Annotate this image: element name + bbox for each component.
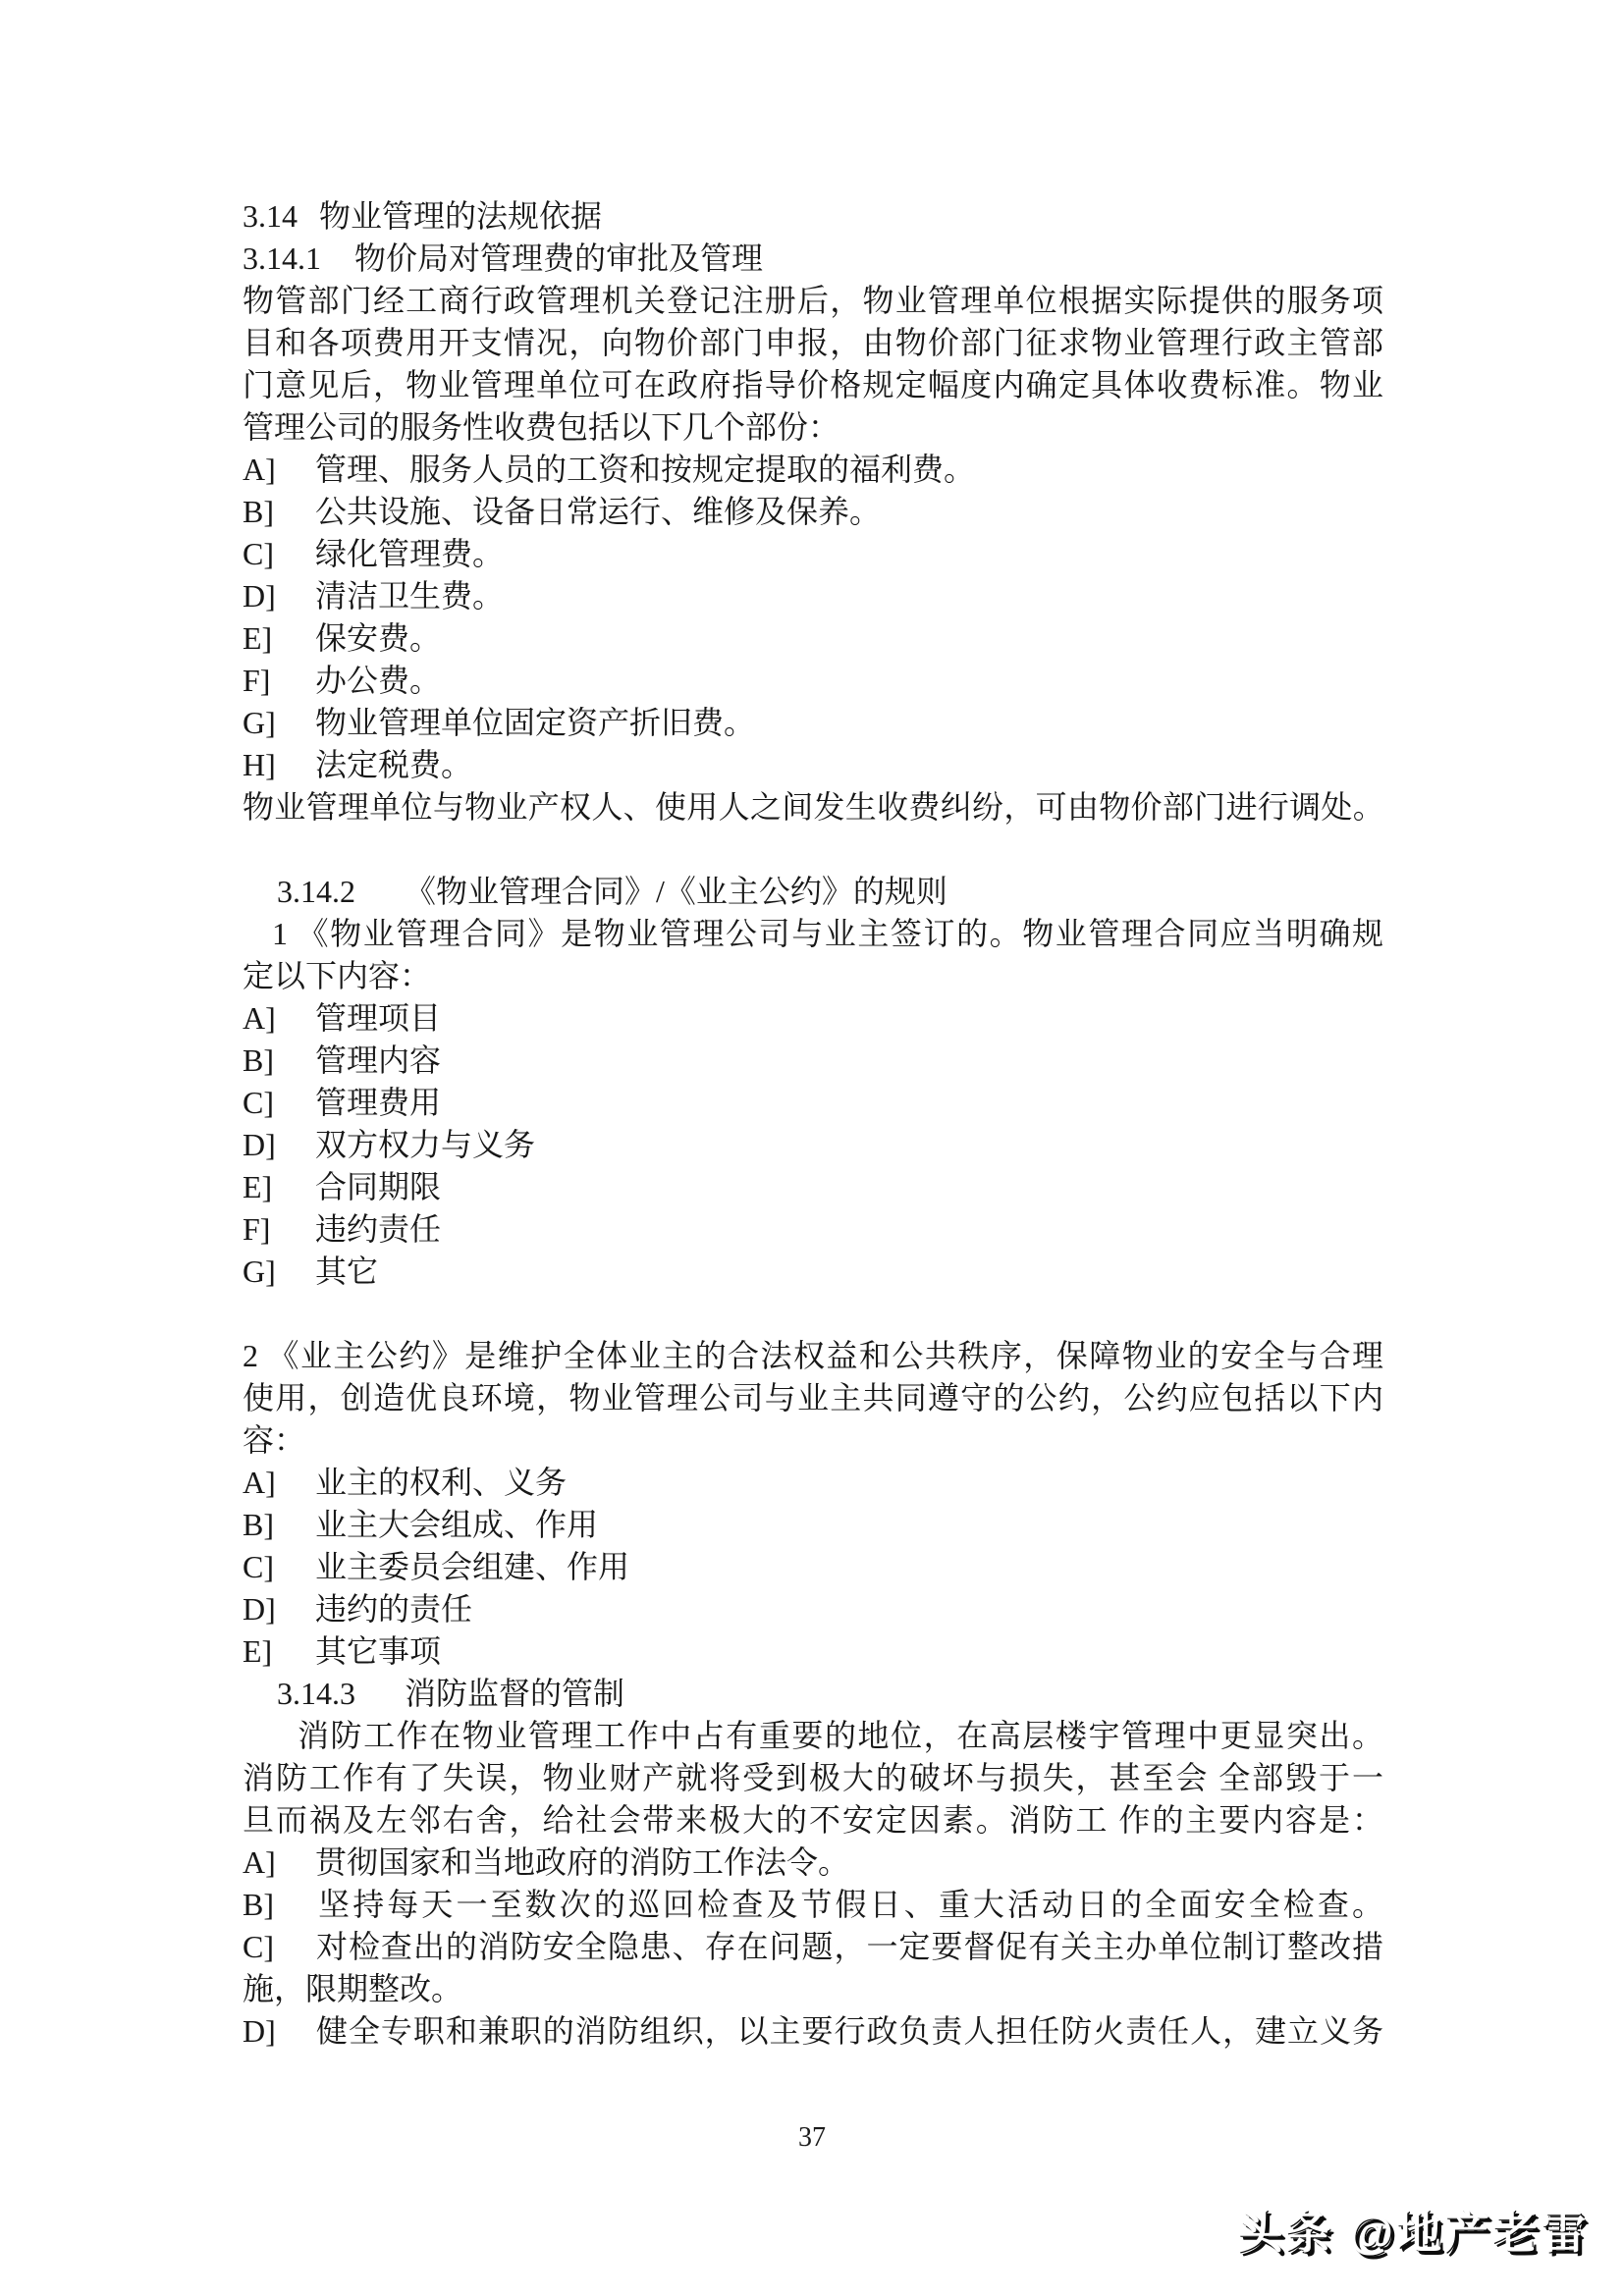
list-marker: A] xyxy=(243,997,315,1040)
list-item-B: B]坚持每天一至数次的巡回检查及节假日、重大活动日的全面安全检查。 xyxy=(243,1884,1383,1926)
list-marker: D] xyxy=(243,1124,315,1166)
list-item-text: 其它 xyxy=(315,1254,378,1289)
paragraph-line: 旦而祸及左邻右舍，给社会带来极大的不安定因素。消防工 作的主要内容是： xyxy=(243,1799,1383,1842)
document-page: 3.14物业管理的法规依据3.14.1物价局对管理费的审批及管理物管部门经工商行… xyxy=(0,0,1624,2296)
list-marker: F] xyxy=(243,1208,315,1251)
paragraph-line: 物管部门经工商行政管理机关登记注册后，物业管理单位根据实际提供的服务项 xyxy=(243,280,1383,322)
paragraph-line: 消防工作在物业管理工作中占有重要的地位，在高层楼宇管理中更显突出。 xyxy=(243,1715,1383,1757)
blank-line xyxy=(243,1293,1383,1335)
list-item-text: 管理内容 xyxy=(315,1042,441,1078)
list-item-A: A]管理项目 xyxy=(243,997,1383,1040)
list-marker: C] xyxy=(243,533,315,575)
paragraph-line: 消防工作有了失误，物业财产就将受到极大的破坏与损失，甚至会 全部毁于一 xyxy=(243,1757,1383,1799)
section-title: 《物业管理合同》/《业主公约》的规则 xyxy=(405,874,947,909)
document-content: 3.14物业管理的法规依据3.14.1物价局对管理费的审批及管理物管部门经工商行… xyxy=(243,195,1383,2053)
list-item-A: A]业主的权利、义务 xyxy=(243,1462,1383,1504)
page-number: 37 xyxy=(0,2120,1624,2156)
paragraph-line: 门意见后，物业管理单位可在政府指导价格规定幅度内确定具体收费标准。物业 xyxy=(243,364,1383,406)
list-marker: G] xyxy=(243,702,315,744)
list-item-text: 清洁卫生费。 xyxy=(315,578,504,614)
paragraph-line: 施，限期整改。 xyxy=(243,1968,1383,2010)
paragraph-line: 管理公司的服务性收费包括以下几个部份： xyxy=(243,406,1383,449)
list-marker: C] xyxy=(243,1926,315,1968)
list-marker: B] xyxy=(243,1504,315,1546)
section-title: 消防监督的管制 xyxy=(405,1676,624,1711)
section-title: 物价局对管理费的审批及管理 xyxy=(354,240,763,276)
list-marker: A] xyxy=(243,1842,315,1884)
list-item-text: 对检查出的消防安全隐患、存在问题，一定要督促有关主办单位制订整改措 xyxy=(315,1929,1383,1964)
list-item-text: 保安费。 xyxy=(315,620,441,656)
list-marker: B] xyxy=(243,1040,315,1082)
list-marker: C] xyxy=(243,1546,315,1588)
list-item-text: 物业管理单位固定资产折旧费。 xyxy=(315,705,755,740)
list-item-F: F]违约责任 xyxy=(243,1208,1383,1251)
paragraph-line: 定以下内容： xyxy=(243,955,1383,997)
list-item-G: G]物业管理单位固定资产折旧费。 xyxy=(243,702,1383,744)
list-item-B: B]业主大会组成、作用 xyxy=(243,1504,1383,1546)
list-item-G: G]其它 xyxy=(243,1251,1383,1293)
list-marker: H] xyxy=(243,744,315,786)
list-item-text: 坚持每天一至数次的巡回检查及节假日、重大活动日的全面安全检查。 xyxy=(315,1887,1383,1922)
section-number: 3.14 xyxy=(243,195,298,238)
list-marker: A] xyxy=(243,449,315,491)
list-item-C: C]业主委员会组建、作用 xyxy=(243,1546,1383,1588)
list-marker: A] xyxy=(243,1462,315,1504)
list-item-text: 合同期限 xyxy=(315,1169,441,1204)
section-number: 3.14.1 xyxy=(243,238,321,280)
list-item-D: D]双方权力与义务 xyxy=(243,1124,1383,1166)
list-item-C: C]管理费用 xyxy=(243,1082,1383,1124)
watermark: 头条 @地产老雷 xyxy=(1237,2205,1589,2260)
list-item-text: 业主委员会组建、作用 xyxy=(315,1549,629,1584)
list-marker: B] xyxy=(243,491,315,533)
list-item-A: A]贯彻国家和当地政府的消防工作法令。 xyxy=(243,1842,1383,1884)
paragraph-line: 使用，创造优良环境，物业管理公司与业主共同遵守的公约，公约应包括以下内 xyxy=(243,1377,1383,1419)
list-item-text: 管理项目 xyxy=(315,1000,441,1036)
paragraph-line: 容： xyxy=(243,1419,1383,1462)
list-marker: E] xyxy=(243,617,315,660)
list-marker: E] xyxy=(243,1166,315,1208)
list-item-text: 违约责任 xyxy=(315,1211,441,1247)
list-marker: D] xyxy=(243,2010,315,2053)
list-item-E: E]其它事项 xyxy=(243,1630,1383,1673)
list-item-text: 业主大会组成、作用 xyxy=(315,1507,598,1542)
list-item-text: 绿化管理费。 xyxy=(315,536,504,571)
list-item-E: E]合同期限 xyxy=(243,1166,1383,1208)
list-item-text: 管理、服务人员的工资和按规定提取的福利费。 xyxy=(315,452,975,487)
list-marker: F] xyxy=(243,660,315,702)
list-marker: E] xyxy=(243,1630,315,1673)
list-item-C: C]绿化管理费。 xyxy=(243,533,1383,575)
list-item-text: 办公费。 xyxy=(315,663,441,698)
list-item-F: F]办公费。 xyxy=(243,660,1383,702)
list-item-text: 违约的责任 xyxy=(315,1591,472,1627)
list-marker: D] xyxy=(243,575,315,617)
paragraph-line: 物业管理单位与物业产权人、使用人之间发生收费纠纷，可由物价部门进行调处。 xyxy=(243,786,1383,828)
list-item-text: 法定税费。 xyxy=(315,747,472,782)
section-number: 3.14.3 xyxy=(277,1673,355,1715)
list-item-D: D]健全专职和兼职的消防组织，以主要行政负责人担任防火责任人，建立义务 xyxy=(243,2010,1383,2053)
paragraph-line: 1 《物业管理合同》是物业管理公司与业主签订的。物业管理合同应当明确规 xyxy=(243,913,1383,955)
list-item-text: 双方权力与义务 xyxy=(315,1127,535,1162)
list-item-text: 健全专职和兼职的消防组织，以主要行政负责人担任防火责任人，建立义务 xyxy=(315,2013,1383,2049)
list-item-text: 管理费用 xyxy=(315,1085,441,1120)
list-item-B: B]管理内容 xyxy=(243,1040,1383,1082)
list-marker: G] xyxy=(243,1251,315,1293)
list-item-H: H]法定税费。 xyxy=(243,744,1383,786)
section-title: 物业管理的法规依据 xyxy=(319,198,602,234)
list-item-C: C]对检查出的消防安全隐患、存在问题，一定要督促有关主办单位制订整改措 xyxy=(243,1926,1383,1968)
list-marker: D] xyxy=(243,1588,315,1630)
list-item-text: 公共设施、设备日常运行、维修及保养。 xyxy=(315,494,881,529)
section-heading-3.14: 3.14物业管理的法规依据 xyxy=(243,195,1383,238)
list-marker: B] xyxy=(243,1884,315,1926)
list-item-E: E]保安费。 xyxy=(243,617,1383,660)
section-heading-3.14.1: 3.14.1物价局对管理费的审批及管理 xyxy=(243,238,1383,280)
blank-line xyxy=(243,828,1383,871)
list-item-B: B]公共设施、设备日常运行、维修及保养。 xyxy=(243,491,1383,533)
paragraph-line: 目和各项费用开支情况，向物价部门申报，由物价部门征求物业管理行政主管部 xyxy=(243,322,1383,364)
list-item-D: D]清洁卫生费。 xyxy=(243,575,1383,617)
list-item-D: D]违约的责任 xyxy=(243,1588,1383,1630)
list-item-text: 贯彻国家和当地政府的消防工作法令。 xyxy=(315,1844,849,1880)
list-item-A: A]管理、服务人员的工资和按规定提取的福利费。 xyxy=(243,449,1383,491)
section-number: 3.14.2 xyxy=(277,871,355,913)
list-marker: C] xyxy=(243,1082,315,1124)
list-item-text: 业主的权利、义务 xyxy=(315,1465,567,1500)
list-item-text: 其它事项 xyxy=(315,1633,441,1669)
section-heading-3.14.2: 3.14.2《物业管理合同》/《业主公约》的规则 xyxy=(243,871,1383,913)
section-heading-3.14.3: 3.14.3消防监督的管制 xyxy=(243,1673,1383,1715)
paragraph-line: 2 《业主公约》是维护全体业主的合法权益和公共秩序，保障物业的安全与合理 xyxy=(243,1335,1383,1377)
